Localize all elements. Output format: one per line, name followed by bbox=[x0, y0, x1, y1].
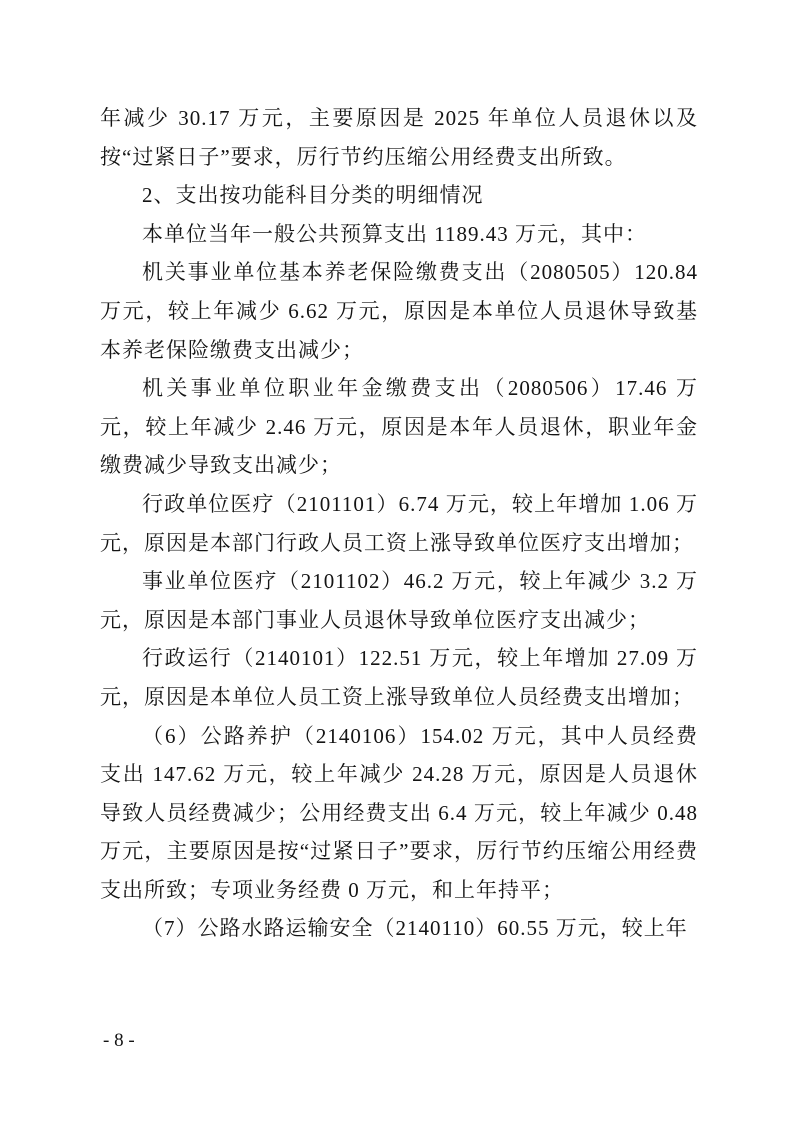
paragraph-pension-contribution: 机关事业单位基本养老保险缴费支出（2080505）120.84 万元，较上年减少… bbox=[100, 253, 698, 369]
paragraph-total-budget-expenditure: 本单位当年一般公共预算支出 1189.43 万元，其中： bbox=[100, 215, 698, 254]
document-page: 年减少 30.17 万元，主要原因是 2025 年单位人员退休以及按“过紧日子”… bbox=[0, 0, 793, 1122]
page-number: - 8 - bbox=[103, 1029, 135, 1053]
paragraph-highway-waterway-safety: （7）公路水路运输安全（2140110）60.55 万元，较上年 bbox=[100, 909, 698, 948]
paragraph-highway-maintenance: （6）公路养护（2140106）154.02 万元，其中人员经费支出 147.6… bbox=[100, 717, 698, 910]
document-body: 年减少 30.17 万元，主要原因是 2025 年单位人员退休以及按“过紧日子”… bbox=[100, 99, 698, 948]
paragraph-carryover-expense-reason: 年减少 30.17 万元，主要原因是 2025 年单位人员退休以及按“过紧日子”… bbox=[100, 99, 698, 176]
paragraph-occupational-annuity: 机关事业单位职业年金缴费支出（2080506）17.46 万元，较上年减少 2.… bbox=[100, 369, 698, 485]
paragraph-institution-medical: 事业单位医疗（2101102）46.2 万元，较上年减少 3.2 万元，原因是本… bbox=[100, 562, 698, 639]
paragraph-admin-unit-medical: 行政单位医疗（2101101）6.74 万元，较上年增加 1.06 万元，原因是… bbox=[100, 485, 698, 562]
paragraph-section-heading: 2、支出按功能科目分类的明细情况 bbox=[100, 176, 698, 215]
paragraph-admin-operation: 行政运行（2140101）122.51 万元，较上年增加 27.09 万元，原因… bbox=[100, 639, 698, 716]
